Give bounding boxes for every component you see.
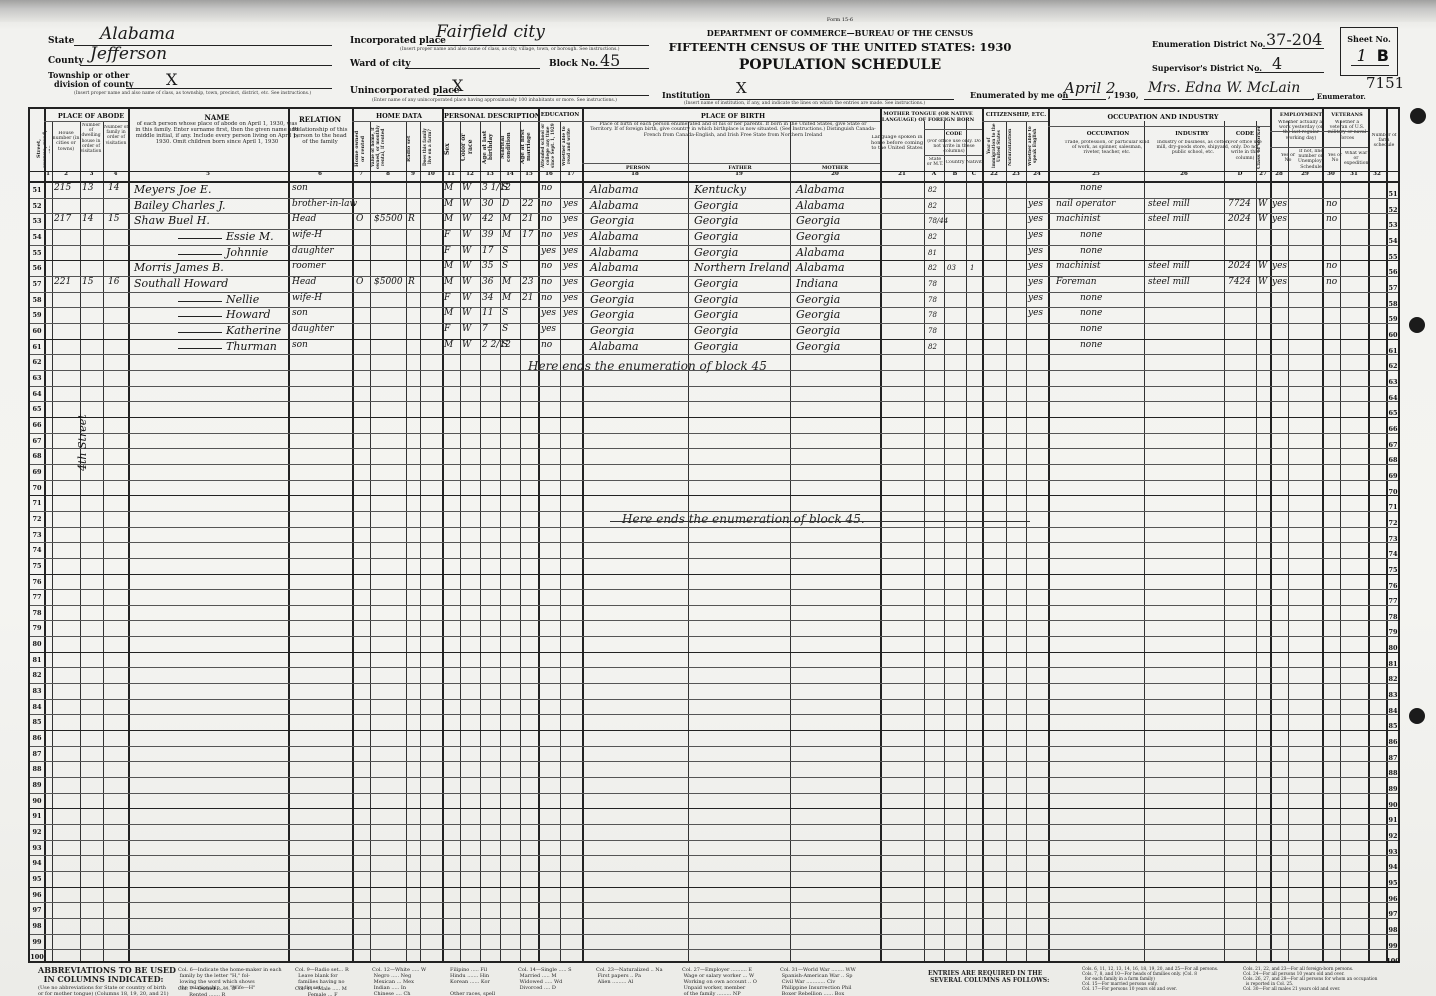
cell-birth-mother: Georgia (796, 214, 840, 227)
cell-school: yes (541, 246, 556, 256)
scan-top-shadow (0, 0, 1436, 22)
cell-value: $5000 (374, 277, 403, 287)
census-sheet: State Alabama County Jefferson Township … (0, 0, 1436, 996)
cell-name: Katherine (226, 324, 281, 337)
column-divider (924, 121, 925, 961)
cell-radio: R (408, 214, 415, 224)
col1-label: Street, avenue, road, etc. (36, 129, 50, 169)
row-divider (1270, 147, 1368, 148)
unincorporated-underline (437, 95, 649, 96)
cell-read: yes (563, 261, 578, 271)
cell-occupation: none (1080, 230, 1102, 240)
cell-birth-mother: Georgia (796, 340, 840, 353)
row-divider (30, 683, 1398, 684)
column-divider (44, 109, 46, 961)
line-number: 53 (30, 217, 44, 225)
cell-owned: O (356, 277, 363, 287)
cell-code-a: 78 (928, 327, 937, 335)
column-number: D (1224, 171, 1256, 180)
row-divider (30, 589, 1398, 590)
cell-birth-mother: Georgia (796, 293, 840, 306)
cell-dwelling: 14 (82, 214, 93, 224)
archive-stamp: 7151 (1366, 74, 1404, 92)
end-note-underline (610, 521, 1030, 522)
cell-school: no (541, 183, 552, 193)
township-note: (Insert proper name and also name of cla… (74, 91, 311, 96)
col14-label: Marital condition (500, 125, 518, 169)
row-divider (44, 121, 128, 122)
cell-industry: steel mill (1148, 214, 1190, 224)
row-divider (582, 163, 880, 164)
cell-birth-mother: Indiana (796, 277, 838, 290)
column-number: 7 (352, 171, 370, 180)
cell-relation: wife-H (292, 230, 322, 240)
code-c-head: Nativity (966, 160, 982, 165)
line-number: 57 (30, 280, 44, 288)
cell-radio: R (408, 277, 415, 287)
line-number: 51 (30, 186, 44, 194)
row-divider (30, 480, 1398, 481)
line-number: 89 (30, 781, 44, 789)
cell-read: yes (563, 199, 578, 209)
cell-birth-person: Alabama (590, 246, 639, 259)
cell-race: W (462, 261, 471, 271)
cell-code-a: 78 (928, 311, 937, 319)
row-divider (1048, 126, 1270, 127)
birth-description: Place of birth of each person enumerated… (588, 122, 878, 138)
ward-underline (405, 68, 540, 69)
row-divider (30, 746, 1398, 747)
form-number: Form 15-6 (800, 17, 880, 23)
section-relation: RELATION (290, 115, 350, 124)
cell-race: W (462, 277, 471, 287)
section-abode: PLACE OF ABODE (54, 112, 128, 120)
abbrev-title: ABBREVIATIONS TO BE USED IN COLUMNS INDI… (38, 966, 176, 984)
col3-label: Number of dwelling house in order of vis… (80, 123, 102, 154)
cell-age-marriage: 22 (522, 199, 533, 209)
cell-house: 215 (54, 183, 71, 193)
incorporated-underline (427, 45, 649, 46)
cell-birth-person: Alabama (590, 230, 639, 243)
cell-birth-person: Georgia (590, 308, 634, 321)
right-line-number: 89 (1385, 785, 1401, 793)
cell-sex: M (444, 340, 453, 350)
sheet-number-box: Sheet No. 1B (1340, 27, 1398, 76)
line-number: 55 (30, 249, 44, 257)
cell-occ-code: 2024 (1228, 261, 1251, 271)
cell-english: yes (1028, 293, 1043, 303)
row-divider (30, 354, 1398, 355)
cell-read: yes (563, 214, 578, 224)
right-line-number: 80 (1385, 644, 1401, 652)
abbrev-col11: Col. 11—Male ..... M Female ... F (295, 986, 347, 996)
cell-english: yes (1028, 214, 1043, 224)
cell-school: no (541, 230, 552, 240)
cell-age: 11 (482, 308, 493, 318)
cell-dwelling: 15 (82, 277, 93, 287)
cell-code-a: 82 (928, 186, 937, 194)
line-number: 56 (30, 264, 44, 272)
column-divider (1322, 109, 1324, 961)
cell-relation: daughter (292, 324, 334, 334)
cell-marital: M (502, 277, 511, 287)
column-divider (790, 121, 791, 961)
cell-at-work: yes (1272, 261, 1287, 271)
abbrev-col23: Col. 23—Naturalized .. Na First papers .… (596, 967, 663, 985)
abbreviations-footer: ABBREVIATIONS TO BE USED IN COLUMNS INDI… (0, 966, 1436, 996)
line-number: 52 (30, 202, 44, 210)
cell-occupation: none (1080, 246, 1102, 256)
column-number: 27 (1256, 171, 1270, 180)
unincorporated-note: (Enter name of any unincorporated place … (372, 98, 617, 103)
column-divider (480, 121, 481, 961)
institution-underline (700, 99, 954, 100)
column-divider (966, 121, 967, 961)
cell-marital: S (502, 340, 508, 350)
cell-marital: S (502, 261, 508, 271)
veteran-war: What war or expedition? (1344, 151, 1368, 167)
row-divider (30, 934, 1398, 935)
right-line-number: 51 (1385, 190, 1401, 198)
line-number: 90 (30, 797, 44, 805)
cell-relation: daughter (292, 246, 334, 256)
column-number: 30 (1322, 171, 1340, 180)
cell-name: Essie M. (226, 230, 274, 243)
row-divider (30, 793, 1398, 794)
cell-name: Bailey Charles J. (134, 199, 225, 212)
cell-birth-person: Alabama (590, 199, 639, 212)
line-number: 100 (30, 953, 44, 961)
sheet-label: Sheet No. (1341, 34, 1397, 44)
cell-birth-mother: Alabama (796, 246, 845, 259)
right-line-number: 60 (1385, 331, 1401, 339)
row-divider (30, 871, 1398, 872)
cell-code-a: 78 (928, 296, 937, 304)
column-number: 25 (1048, 171, 1144, 180)
column-number: 14 (500, 171, 520, 180)
cell-dwelling: 13 (82, 183, 93, 193)
cell-name: Shaw Buel H. (134, 214, 210, 227)
col4-label: Number of family in order of visitation (104, 125, 128, 146)
right-line-number: 77 (1385, 597, 1401, 605)
cell-birth-mother: Alabama (796, 261, 845, 274)
cell-family: 15 (108, 214, 119, 224)
abbrev-col27: Col. 27—Employer .......... E Wage or sa… (682, 967, 757, 996)
right-line-number: 74 (1385, 550, 1401, 558)
cell-relation: son (292, 183, 308, 193)
cell-value: $5500 (374, 214, 403, 224)
right-line-number: 72 (1385, 519, 1401, 527)
col15-label: Age at first marriage (520, 125, 536, 169)
cell-code-a: 78/44 (928, 217, 948, 225)
column-divider (52, 121, 53, 961)
column-number: 22 (982, 171, 1006, 180)
cell-age: 35 (482, 261, 493, 271)
column-number: 32 (1368, 171, 1386, 180)
line-number: 73 (30, 531, 44, 539)
cell-class: W (1258, 261, 1267, 271)
year-label: , 1930, (1108, 90, 1139, 100)
surname-ditto-dash (178, 238, 222, 239)
line-number: 72 (30, 515, 44, 523)
cell-occupation: none (1080, 340, 1102, 350)
supervisor-underline (1255, 72, 1324, 73)
date-underline (1062, 99, 1106, 100)
section-veterans: VETERANS (1326, 112, 1368, 118)
name-description: of each person whose place of abode on A… (135, 121, 299, 145)
row-divider (30, 949, 1398, 950)
row-divider (30, 558, 1398, 559)
cell-birth-mother: Alabama (796, 183, 845, 196)
line-number: 96 (30, 891, 44, 899)
column-divider (944, 121, 945, 961)
state-value: Alabama (100, 24, 175, 44)
line-number: 69 (30, 468, 44, 476)
row-divider (30, 855, 1398, 856)
row-divider (30, 495, 1398, 496)
column-number: 26 (1144, 171, 1224, 180)
row-divider (30, 574, 1398, 575)
unincorporated-value: X (452, 76, 463, 95)
column-divider (460, 121, 461, 961)
line-number: 58 (30, 296, 44, 304)
cell-occupation: nail operator (1056, 199, 1115, 209)
supervisor-label: Supervisor's District No. (1152, 63, 1262, 73)
cell-read: yes (563, 293, 578, 303)
cell-at-work: yes (1272, 277, 1287, 287)
cell-age: 39 (482, 230, 493, 240)
entries-list-2: Cols. 21, 22, and 23—For all foreign-bor… (1243, 967, 1377, 992)
census-title: FIFTEENTH CENSUS OF THE UNITED STATES: 1… (650, 40, 1030, 54)
line-number: 63 (30, 374, 44, 382)
line-number: 68 (30, 452, 44, 460)
column-divider (1026, 121, 1027, 961)
col24-label: Whether able to speak English (1028, 123, 1048, 169)
cell-veteran: no (1326, 261, 1337, 271)
cell-birth-mother: Georgia (796, 324, 840, 337)
abbrev-note: (Use no abbreviations for State or count… (38, 985, 169, 996)
row-divider (30, 605, 1398, 606)
cell-race: W (462, 214, 471, 224)
column-number: 21 (880, 171, 924, 180)
row-divider (582, 121, 880, 122)
col12-label: Color or race (460, 125, 478, 169)
code-a-head: State or M.T. (926, 157, 944, 167)
cell-family: 16 (108, 277, 119, 287)
relation-description: Relationship of this person to the head … (292, 127, 348, 146)
column-divider (520, 121, 521, 961)
cell-name: Howard (226, 308, 271, 321)
section-mother-tongue: MOTHER TONGUE (OR NATIVE LANGUAGE) OF FO… (872, 111, 984, 123)
right-line-number: 54 (1385, 237, 1401, 245)
cell-marital: S (502, 324, 508, 334)
row-divider (924, 129, 982, 130)
column-divider (370, 121, 371, 961)
right-line-number: 69 (1385, 472, 1401, 480)
row-divider (30, 714, 1398, 715)
cell-birth-mother: Georgia (796, 230, 840, 243)
row-divider (30, 808, 1398, 809)
col9-label: Radio set (406, 129, 418, 169)
line-number: 77 (30, 593, 44, 601)
line-number: 74 (30, 546, 44, 554)
right-line-number: 95 (1385, 879, 1401, 887)
township-value: X (166, 70, 177, 89)
cell-occupation: none (1080, 308, 1102, 318)
cell-age-marriage: 17 (522, 230, 533, 240)
surname-ditto-dash (178, 316, 222, 317)
col11-label: Sex (444, 129, 458, 169)
cell-birth-person: Alabama (590, 340, 639, 353)
cell-code-b: 03 (947, 264, 956, 272)
line-number: 86 (30, 734, 44, 742)
cell-read: yes (563, 277, 578, 287)
cell-marital: M (502, 230, 511, 240)
cell-sex: M (444, 214, 453, 224)
cell-house: 217 (54, 214, 71, 224)
cell-race: W (462, 246, 471, 256)
institution-note: (Insert name of institution, if any, and… (684, 101, 925, 106)
line-number: 93 (30, 844, 44, 852)
sheet-number: 1B (1351, 46, 1389, 66)
cell-birth-father: Georgia (694, 214, 738, 227)
line-number: 97 (30, 906, 44, 914)
cell-occ-code: 7424 (1228, 277, 1251, 287)
line-number: 82 (30, 671, 44, 679)
ed-label: Enumeration District No. (1152, 39, 1265, 49)
cell-occupation: none (1080, 324, 1102, 334)
cell-relation: son (292, 308, 308, 318)
column-divider (500, 121, 501, 961)
row-divider (30, 902, 1398, 903)
row-divider (30, 433, 1398, 434)
right-line-number: 75 (1385, 566, 1401, 574)
cell-name: Meyers Joe E. (134, 183, 211, 196)
line-number: 71 (30, 499, 44, 507)
row-divider (30, 887, 1398, 888)
cell-age: 7 (482, 324, 488, 334)
right-line-number: 57 (1385, 284, 1401, 292)
col27-label: Class of worker (1256, 125, 1270, 169)
county-underline (80, 65, 332, 66)
cell-marital: S (502, 308, 508, 318)
right-line-number: 100 (1385, 957, 1401, 965)
cell-marital: D (502, 199, 509, 209)
column-divider (1270, 109, 1272, 961)
section-home-data: HOME DATA (354, 112, 444, 120)
line-number: 85 (30, 718, 44, 726)
cell-age: 34 (482, 293, 493, 303)
cell-age: 30 (482, 199, 493, 209)
ward-label: Ward of city (350, 59, 411, 69)
col7-label: Home owned or rented (354, 129, 368, 169)
col23-label: Naturalization (1008, 125, 1026, 169)
column-number: 15 (520, 171, 538, 180)
cell-race: W (462, 293, 471, 303)
cell-school: no (541, 293, 552, 303)
column-divider (103, 121, 104, 961)
cell-birth-father: Georgia (694, 277, 738, 290)
cell-school: yes (541, 308, 556, 318)
line-number: 81 (30, 656, 44, 664)
veteran-yes-no: Yes or No (1326, 153, 1344, 163)
row-divider (30, 527, 1398, 528)
section-birth: PLACE OF BIRTH (586, 112, 880, 120)
cell-birth-father: Georgia (694, 293, 738, 306)
column-divider (406, 121, 407, 961)
line-number: 67 (30, 437, 44, 445)
cell-birth-person: Georgia (590, 293, 634, 306)
cell-code-a: 78 (928, 280, 937, 288)
cell-english: yes (1028, 246, 1043, 256)
abbrev-col14: Col. 14—Single ..... S Married ..... M W… (518, 967, 572, 991)
cell-school: yes (541, 324, 556, 334)
cell-veteran: no (1326, 214, 1337, 224)
col13-label: Age at last birthday (482, 125, 498, 169)
cell-read: yes (563, 308, 578, 318)
column-number: 20 (790, 171, 880, 180)
cell-class: W (1258, 214, 1267, 224)
cell-marital: M (502, 214, 511, 224)
row-divider (30, 840, 1398, 841)
column-number: 18 (582, 171, 688, 180)
abbrev-col7: Col. 7—Owned ........ O Rented ....... R (178, 986, 236, 996)
ed-value: 37-204 (1266, 30, 1322, 49)
cell-english: yes (1028, 308, 1043, 318)
cell-birth-father: Georgia (694, 324, 738, 337)
line-number: 92 (30, 828, 44, 836)
line-number: 79 (30, 624, 44, 632)
cell-english: yes (1028, 199, 1043, 209)
column-number: 6 (288, 171, 352, 180)
column-number: 23 (1006, 171, 1026, 180)
end-of-block-note-2: Here ends the enumeration of block 45. (622, 512, 865, 526)
cell-age-marriage: 23 (522, 277, 533, 287)
column-divider (1048, 109, 1050, 961)
cell-sex: M (444, 308, 453, 318)
row-divider (30, 918, 1398, 919)
abbrev-col12-other: Filipino ..... Fil Hindu ....... Hin Kor… (450, 967, 495, 996)
column-number: 11 (442, 171, 460, 180)
column-number: 24 (1026, 171, 1048, 180)
cell-occ-code: 7724 (1228, 199, 1251, 209)
column-number: 9 (406, 171, 420, 180)
line-number: 60 (30, 327, 44, 335)
code-b-head: Country (944, 160, 966, 165)
line-number: 54 (30, 233, 44, 241)
cell-class: W (1258, 277, 1267, 287)
cell-age: 17 (482, 246, 493, 256)
cell-sex: M (444, 277, 453, 287)
cell-occupation: machinist (1056, 214, 1101, 224)
abbrev-col12: Col. 12—White ..... W Negro ..... Neg Me… (372, 967, 426, 996)
row-divider (30, 620, 1398, 621)
row-divider (982, 121, 1048, 122)
column-divider (538, 109, 540, 961)
row-divider (30, 542, 1398, 543)
row-divider (30, 730, 1398, 731)
column-number: 10 (420, 171, 442, 180)
column-divider (688, 121, 689, 961)
binder-hole-middle (1409, 317, 1425, 333)
cell-english: yes (1028, 277, 1043, 287)
block-value: 45 (600, 51, 620, 70)
column-divider (1288, 121, 1289, 961)
right-line-number: 66 (1385, 425, 1401, 433)
column-number: 16 (538, 171, 560, 180)
cell-code-c: 1 (970, 264, 974, 272)
cell-veteran: no (1326, 277, 1337, 287)
